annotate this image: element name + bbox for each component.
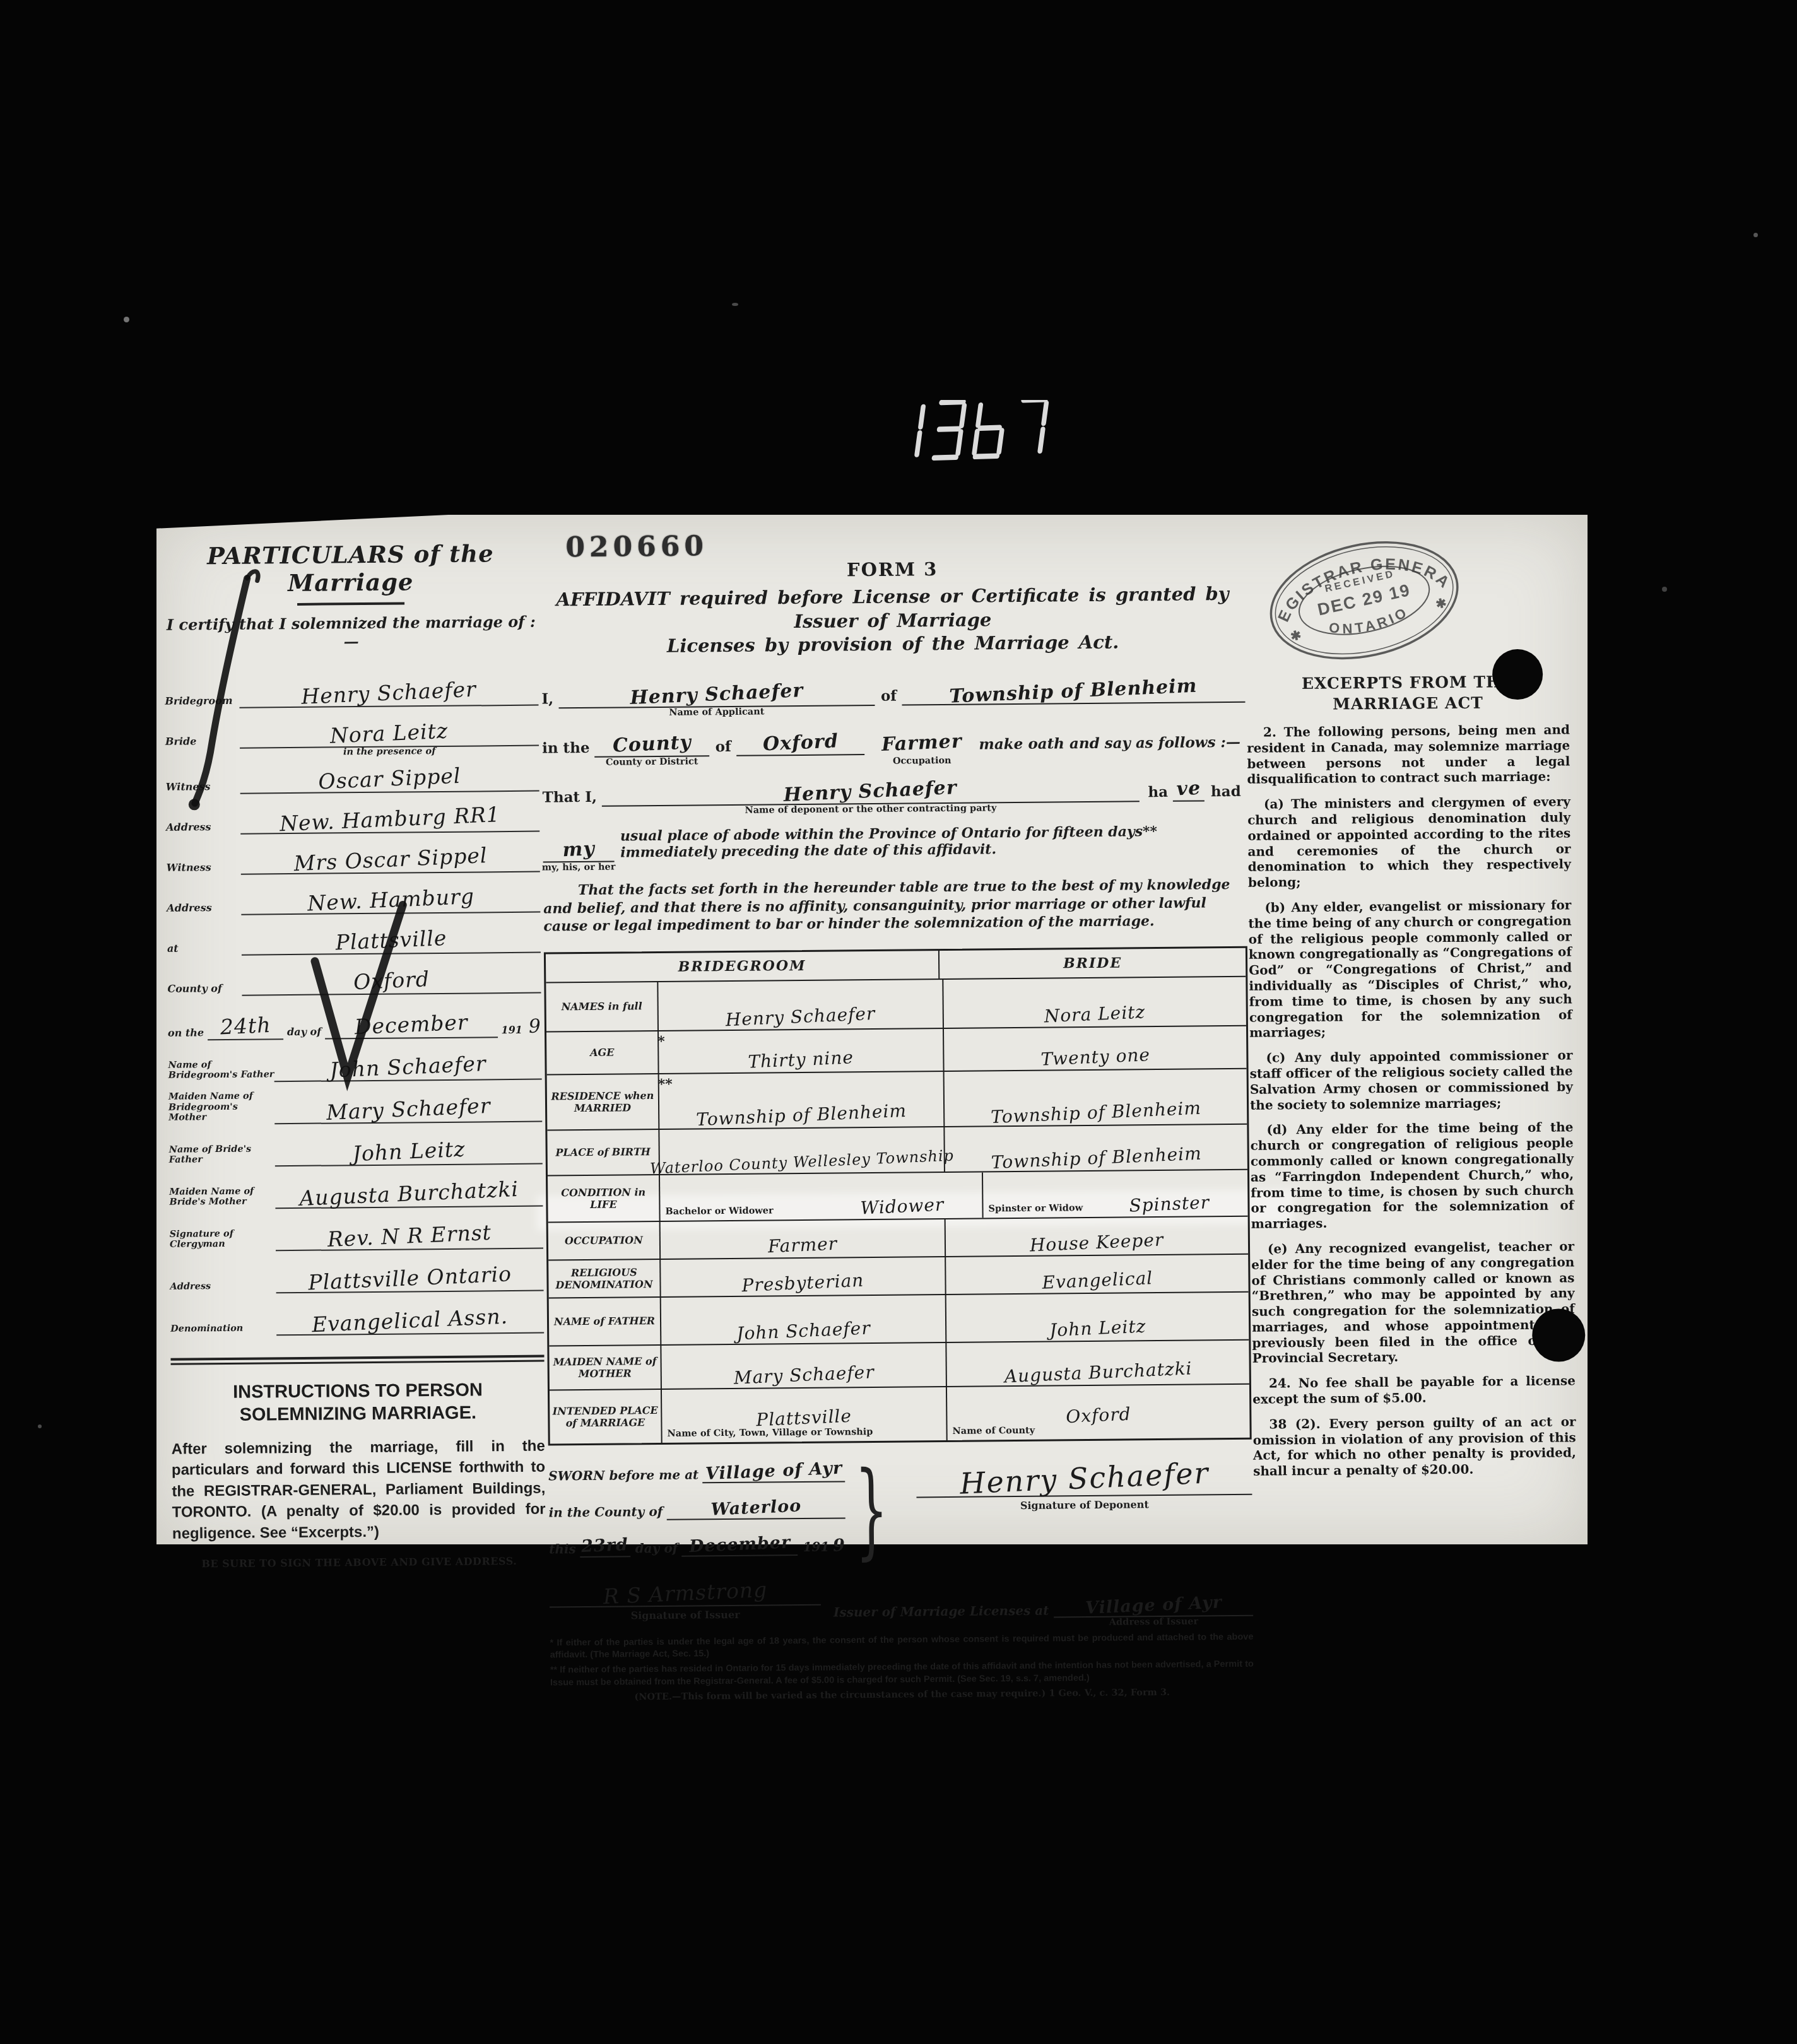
printed-label: of	[875, 688, 902, 706]
blank-caption: Occupation	[893, 755, 952, 766]
field-label: Bridegroom	[165, 695, 239, 709]
handwritten-month: December	[354, 1009, 468, 1039]
handwritten-pronoun: my	[562, 838, 595, 861]
handwritten-value: New. Hamburg	[307, 884, 474, 916]
handwritten-value: Evangelical Assn.	[312, 1304, 509, 1337]
issuer-signature: R S Armstrong	[603, 1577, 768, 1609]
field-label: Signature of Clergyman	[170, 1228, 276, 1252]
blank-caption: my, his, or her	[542, 862, 616, 873]
handwritten-value: Plattsville Ontario	[307, 1261, 512, 1295]
excerpt-paragraph: 38 (2). Every person guilty of an act or…	[1252, 1414, 1576, 1479]
field-row-county: County of Oxford	[167, 953, 541, 997]
cell-caption: Bachelor or Widower	[665, 1205, 773, 1216]
instructions-footer: BE SURE TO SIGN THE ABOVE AND GIVE ADDRE…	[172, 1555, 546, 1570]
field-row-bride-father: Name of Bride's Father John Leitz	[168, 1122, 543, 1168]
issuer-signature-block: R S Armstrong Signature of Issuer	[550, 1580, 822, 1623]
sworn-left: SWORN before me at Village of Ayr in the…	[548, 1457, 845, 1560]
handwritten-year: 9	[528, 1015, 542, 1038]
field-row-witness: Witness Oscar Sippel	[165, 751, 539, 795]
district-line: in the County County or District of Oxfo…	[542, 728, 1246, 758]
handwritten-district-unit: County	[612, 731, 692, 756]
handwritten-county: Waterloo	[710, 1496, 802, 1519]
handwritten-value: Mary Schaefer	[326, 1093, 491, 1125]
deponent-signature-block: Henry Schaefer Signature of Deponent	[901, 1454, 1252, 1558]
handwritten-cell: Township of Blenheim	[991, 1142, 1202, 1173]
table-row-residence: RESIDENCE when MARRIED ** Township of Bl…	[547, 1068, 1247, 1130]
handwritten-cell: Nora Leitz	[1044, 1001, 1146, 1026]
cell-caption: Spinster or Widow	[988, 1202, 1083, 1214]
title-rule	[297, 602, 404, 605]
deponent-line: That I, Henry Schaefer Name of deponent …	[543, 777, 1246, 808]
handwritten-cell: Evangelical	[1041, 1267, 1153, 1293]
affidavit-title-line1: AFFIDAVIT required before License or Cer…	[541, 582, 1245, 636]
printed-label: 191	[798, 1539, 833, 1555]
field-label: on the	[168, 1026, 208, 1041]
handwritten-cell: Twenty one	[1040, 1044, 1150, 1070]
field-label: Bride	[165, 735, 240, 749]
table-row-mother: MAIDEN NAME of MOTHER Mary Schaefer Augu…	[549, 1339, 1249, 1390]
field-row-marriage-date: on the 24th day of December 191 9	[168, 997, 542, 1041]
table-row-names: NAMES in full Henry Schaefer Nora Leitz	[546, 976, 1246, 1031]
field-row-groom-mother: Maiden Name of Bridegroom's Mother Mary …	[168, 1080, 543, 1125]
printed-label: this	[549, 1541, 580, 1558]
field-label: Address	[167, 902, 241, 916]
handwritten-issuer-address: Village of Ayr	[1085, 1592, 1222, 1618]
excerpt-paragraph: (e) Any recognized evangelist, teacher o…	[1251, 1238, 1576, 1366]
field-row-clergy-address: Address Plattsville Ontario	[170, 1249, 544, 1295]
handwritten-place: Village of Ayr	[705, 1459, 842, 1484]
brace-glyph: }	[854, 1458, 888, 1562]
handwritten-month: December	[688, 1532, 791, 1556]
field-label: at	[167, 942, 242, 956]
handwritten-value: Augusta Burchatzki	[299, 1177, 519, 1211]
hole-punch	[1532, 1308, 1586, 1362]
handwritten-cell: Farmer	[767, 1233, 837, 1257]
footnote-2: ** If neither of the parties has resided…	[550, 1659, 1254, 1689]
excerpt-paragraph: 24. No fee shall be payable for a licens…	[1252, 1373, 1576, 1407]
table-row-birthplace: PLACE of BIRTH Waterloo County Wellesley…	[547, 1124, 1247, 1175]
handwritten-deponent: Henry Schaefer	[783, 777, 957, 806]
facts-paragraph: That the facts set forth in the hereunde…	[543, 876, 1247, 936]
printed-label: Issuer of Marriage Licenses at	[834, 1602, 1054, 1619]
column-header-bridegroom: BRIDEGROOM	[546, 951, 940, 982]
excerpt-paragraph: 2. The following persons, being men and …	[1247, 722, 1570, 787]
footnotes: * If either of the parties is under the …	[550, 1631, 1254, 1705]
excerpt-paragraph: (a) The ministers and clergymen of every…	[1247, 794, 1571, 891]
bride-groom-table: BRIDEGROOM BRIDE NAMES in full Henry Sch…	[544, 946, 1252, 1446]
field-label: Name of Bridegroom's Father	[168, 1059, 274, 1083]
handwritten-value: Nora Leitz	[329, 719, 449, 748]
table-row-age: AGE * Thirty nine Twenty one	[546, 1025, 1247, 1074]
footnote-1: * If either of the parties is under the …	[550, 1631, 1253, 1662]
handwritten-cell: Widower	[860, 1194, 945, 1219]
issuer-address-block: Issuer of Marriage Licenses at Village o…	[821, 1595, 1253, 1620]
field-row-address: Address New. Hamburg	[167, 872, 541, 916]
microfilm-frame-number	[886, 400, 1058, 463]
affidavit-title: AFFIDAVIT required before License or Cer…	[541, 582, 1245, 660]
field-label: Maiden Name of Bridegroom's Mother	[168, 1091, 274, 1125]
dust-speck	[732, 303, 738, 306]
field-row-at: at Plattsville	[167, 913, 541, 956]
field-row-bridegroom: Bridegroom Henry Schaefer	[165, 666, 539, 709]
printed-label: in the	[542, 739, 595, 758]
affidavit-section: 020660 FORM 3 AFFIDAVIT required before …	[540, 517, 1254, 1706]
cell-caption: Name of County	[952, 1425, 1035, 1436]
handwritten-cell: Mary Schaefer	[733, 1361, 875, 1389]
handwritten-cell: Spinster	[1129, 1192, 1210, 1216]
printed-label: SWORN before me at	[548, 1467, 702, 1484]
field-label: Denomination	[170, 1324, 276, 1337]
excerpt-paragraph: (b) Any elder, evangelist or missionary …	[1248, 897, 1572, 1041]
field-label: Name of Bride's Father	[169, 1144, 275, 1168]
handwritten-value: John Leitz	[352, 1137, 466, 1166]
field-label: Witness	[167, 861, 241, 876]
excerpt-paragraph: (c) Any duly appointed commissioner or s…	[1249, 1047, 1573, 1113]
dust-speck	[38, 1424, 42, 1428]
field-row-address: Address New. Hamburg RR1	[166, 792, 540, 835]
field-row-bride: Bride Nora Leitz in the presence of	[165, 706, 539, 749]
blank-caption: County or District	[606, 756, 698, 768]
handwritten-ha-suffix: ve	[1176, 777, 1201, 801]
handwritten-cell: Township of Blenheim	[990, 1097, 1201, 1127]
handwritten-value: New. Hamburg RR1	[279, 802, 500, 836]
stamp-star-left: ✱	[1289, 628, 1302, 644]
handwritten-value: Henry Schaefer	[301, 677, 477, 709]
abode-line: my my, his, or her usual place of abode …	[543, 823, 1246, 863]
printed-label: That I,	[543, 789, 602, 808]
handwritten-cell: Presbyterian	[741, 1270, 864, 1296]
field-label: County of	[167, 982, 242, 997]
table-row-occupation: OCCUPATION Farmer House Keeper	[548, 1216, 1248, 1260]
table-row-father: NAME of FATHER John Schaefer John Leitz	[549, 1291, 1249, 1346]
handwritten-cell: John Schaefer	[736, 1317, 871, 1344]
handwritten-cell: Oxford	[1066, 1403, 1132, 1426]
particulars-title: PARTICULARS of the Marriage	[163, 539, 538, 598]
column-header-bride: BRIDE	[940, 948, 1246, 978]
printed-label: day of	[630, 1541, 682, 1558]
handwritten-value: Oxford	[353, 966, 430, 994]
field-label: Maiden Name of Bride's Mother	[169, 1186, 275, 1210]
instructions-title: INSTRUCTIONS TO PERSON SOLEMNIZING MARRI…	[171, 1378, 545, 1428]
printed-year: 191	[497, 1024, 526, 1038]
hole-punch	[1492, 649, 1543, 700]
serial-number-stamp: 020660	[565, 530, 708, 563]
printed-label: ha	[1139, 784, 1173, 802]
field-row-witness: Witness Mrs Oscar Sippel	[166, 832, 540, 876]
handwritten-cell: Thirty nine	[748, 1047, 854, 1072]
dust-speck	[1753, 233, 1758, 237]
dust-speck	[124, 317, 129, 322]
field-label: Address	[166, 821, 240, 835]
handwritten-value: Oscar Sippel	[318, 763, 461, 794]
table-row-condition: CONDITION in LIFE Bachelor or Widower Wi…	[548, 1169, 1248, 1222]
microfilm-scan: PARTICULARS of the Marriage I certify th…	[0, 0, 1797, 2044]
handwritten-cell: John Leitz	[1049, 1315, 1146, 1341]
field-row-clergyman: Signature of Clergyman Rev. N R Ernst	[169, 1207, 543, 1252]
registrar-received-stamp: REGISTRAR GENERAL RECEIVED DEC 29 19 ✱ ✱…	[1263, 535, 1466, 666]
signature-caption: Signature of Issuer	[550, 1608, 821, 1623]
particulars-section: PARTICULARS of the Marriage I certify th…	[163, 539, 546, 1571]
stamp-star-right: ✱	[1435, 596, 1448, 612]
table-row-religion: RELIGIOUS DENOMINATION Presbyterian Evan…	[548, 1254, 1248, 1298]
abode-text: usual place of abode within the Province…	[614, 823, 1247, 862]
sworn-section: SWORN before me at Village of Ayr in the…	[548, 1454, 1252, 1561]
issuer-row: R S Armstrong Signature of Issuer Issuer…	[550, 1576, 1254, 1623]
handwritten-value: John Schaefer	[329, 1051, 487, 1083]
handwritten-cell: Henry Schaefer	[725, 1003, 876, 1030]
handwritten-year: 9	[833, 1536, 846, 1556]
handwritten-district: Oxford	[762, 730, 839, 755]
dust-speck	[1662, 587, 1667, 592]
handwritten-residence: Township of Blenheim	[949, 675, 1198, 708]
double-rule	[171, 1355, 545, 1365]
applicant-line: I, Henry Schaefer Name of Applicant of T…	[541, 679, 1245, 709]
marriage-affidavit-document: PARTICULARS of the Marriage I certify th…	[156, 515, 1588, 1544]
field-label: Witness	[166, 780, 240, 795]
printed-label: make oath and say as follows :—	[979, 734, 1246, 755]
handwritten-day: 24th	[220, 1013, 271, 1039]
field-row-denomination: Denomination Evangelical Assn.	[170, 1291, 545, 1337]
printed-label: had	[1205, 783, 1246, 802]
cell-caption: Name of City, Town, Village or Township	[668, 1426, 873, 1439]
handwritten-applicant: Henry Schaefer	[629, 679, 803, 709]
handwritten-day: 23rd	[581, 1535, 629, 1556]
footnote-note: (NOTE.—This form will be varied as the c…	[550, 1686, 1254, 1704]
blank-caption: Name of deponent or the other contractin…	[745, 802, 996, 815]
deponent-signature: Henry Schaefer	[959, 1455, 1210, 1500]
handwritten-value: Mrs Oscar Sippel	[293, 843, 487, 876]
field-row-groom-father: Name of Bridegroom's Father John Schaefe…	[168, 1038, 542, 1083]
printed-label: of	[709, 738, 736, 756]
excerpt-paragraph: (d) Any elder for the time being of the …	[1250, 1120, 1574, 1232]
table-row-intended-place: INTENDED PLACE of MARRIAGE Plattsville N…	[550, 1383, 1250, 1444]
handwritten-value: Plattsville	[335, 925, 447, 955]
blank-caption: Address of Issuer	[1109, 1616, 1198, 1627]
field-label: day of	[283, 1026, 325, 1040]
field-label: Address	[170, 1281, 276, 1295]
handwritten-signature: Rev. N R Ernst	[327, 1220, 492, 1252]
field-row-bride-mother: Maiden Name of Bride's Mother Augusta Bu…	[169, 1165, 543, 1210]
blank-caption: Name of Applicant	[669, 707, 764, 718]
handwritten-occupation: Farmer	[881, 731, 963, 756]
handwritten-cell: Township of Blenheim	[696, 1100, 907, 1131]
handwritten-cell: Augusta Burchatzki	[1004, 1358, 1193, 1387]
instructions-body: After solemnizing the marriage, fill in …	[172, 1435, 546, 1544]
printed-label: in the County of	[549, 1504, 667, 1522]
printed-label: I,	[541, 690, 558, 708]
certify-line: I certify that I solemnized the marriage…	[164, 613, 538, 652]
handwritten-cell: House Keeper	[1030, 1229, 1165, 1255]
